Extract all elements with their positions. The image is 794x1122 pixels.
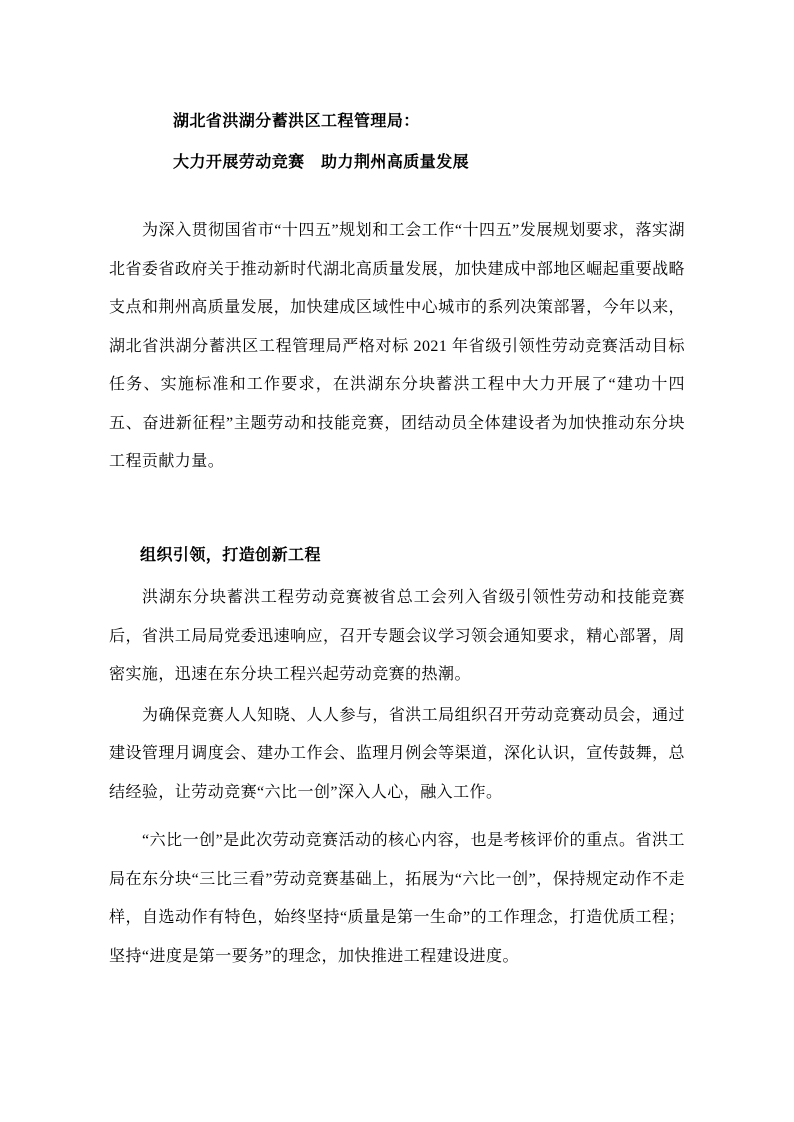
section1-paragraph-3: “六比一创”是此次劳动竞赛活动的核心内容，也是考核评价的重点。省洪工局在东分块“… [109,822,685,976]
doc-title-line1: 湖北省洪湖分蓄洪区工程管理局： [109,103,685,142]
document-page: 湖北省洪湖分蓄洪区工程管理局： 大力开展劳动竞赛 助力荆州高质量发展 为深入贯彻… [0,0,794,1122]
section-heading: 组织引领，打造创新工程 [109,537,685,576]
intro-paragraph: 为深入贯彻国省市“十四五”规划和工会工作“十四五”发展规划要求，落实湖北省委省政… [109,212,685,482]
section1-paragraph-1: 洪湖东分块蓄洪工程劳动竞赛被省总工会列入省级引领性劳动和技能竞赛后，省洪工局局党… [109,579,685,695]
section1-paragraph-2: 为确保竞赛人人知晓、人人参与，省洪工局组织召开劳动竞赛动员会，通过建设管理月调度… [109,697,685,813]
doc-title-line2: 大力开展劳动竞赛 助力荆州高质量发展 [109,144,685,183]
